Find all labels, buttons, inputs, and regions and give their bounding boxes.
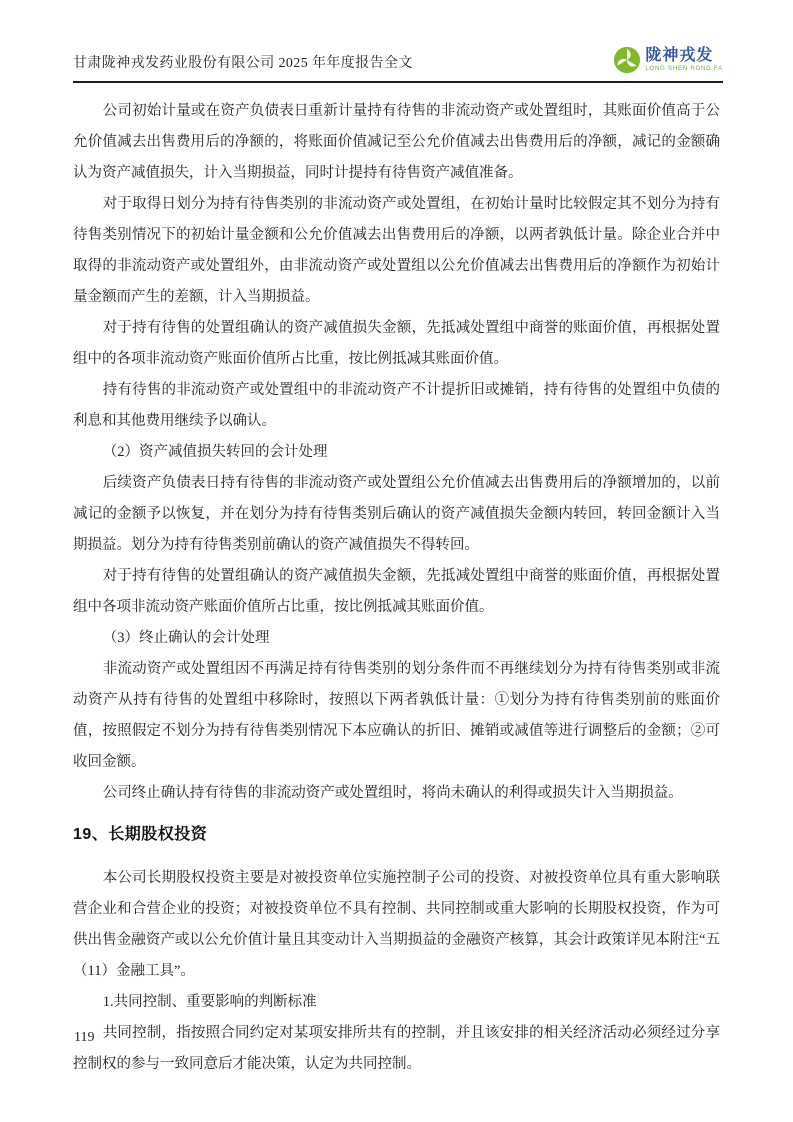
page-header: 甘肃陇神戎发药业股份有限公司 2025 年年度报告全文 陇神戎发 LONG SH… [73,46,723,83]
body-paragraph: 本公司长期股权投资主要是对被投资单位实施控制子公司的投资、对被投资单位具有重大影… [73,863,720,987]
logo-text-en: LONG SHEN RONG FA [645,66,723,72]
page-number: 119 [74,1030,94,1046]
body-paragraph-subheading: （2）资产减值损失转回的会计处理 [73,437,720,468]
logo-pinwheel-icon [613,46,641,74]
body-paragraph: 对于取得日划分为持有待售类别的非流动资产或处置组，在初始计量时比较假定其不划分为… [73,189,720,313]
body-paragraph: 公司终止确认持有待售的非流动资产或处置组时，将尚未确认的利得或损失计入当期损益。 [73,778,720,809]
header-title: 甘肃陇神戎发药业股份有限公司 2025 年年度报告全文 [73,53,413,75]
company-logo: 陇神戎发 LONG SHEN RONG FA [613,46,723,75]
body-paragraph: 后续资产负债表日持有待售的非流动资产或处置组公允价值减去出售费用后的净额增加的，… [73,468,720,561]
section-heading: 19、长期股权投资 [73,819,720,850]
body-paragraph-subheading: （3）终止确认的会计处理 [73,623,720,654]
body-paragraph: 非流动资产或处置组因不再满足持有待售类别的划分条件而不再继续划分为持有待售类别或… [73,654,720,778]
body-paragraph: 对于持有待售的处置组确认的资产减值损失金额，先抵减处置组中商誉的账面价值，再根据… [73,561,720,623]
body-paragraph: 持有待售的非流动资产或处置组中的非流动资产不计提折旧或摊销，持有待售的处置组中负… [73,375,720,437]
body-paragraph-subheading: 1.共同控制、重要影响的判断标准 [73,987,720,1018]
body-paragraph: 对于持有待售的处置组确认的资产减值损失金额，先抵减处置组中商誉的账面价值，再根据… [73,313,720,375]
logo-text-cn: 陇神戎发 [645,48,723,64]
logo-text-block: 陇神戎发 LONG SHEN RONG FA [645,48,723,72]
body-paragraph: 公司初始计量或在资产负债表日重新计量持有待售的非流动资产或处置组时，其账面价值高… [73,96,720,189]
report-page: 甘肃陇神戎发药业股份有限公司 2025 年年度报告全文 陇神戎发 LONG SH… [0,0,793,1122]
body-paragraph: 共同控制，指按照合同约定对某项安排所共有的控制，并且该安排的相关经济活动必须经过… [73,1018,720,1080]
document-body: 公司初始计量或在资产负债表日重新计量持有待售的非流动资产或处置组时，其账面价值高… [73,96,720,1080]
